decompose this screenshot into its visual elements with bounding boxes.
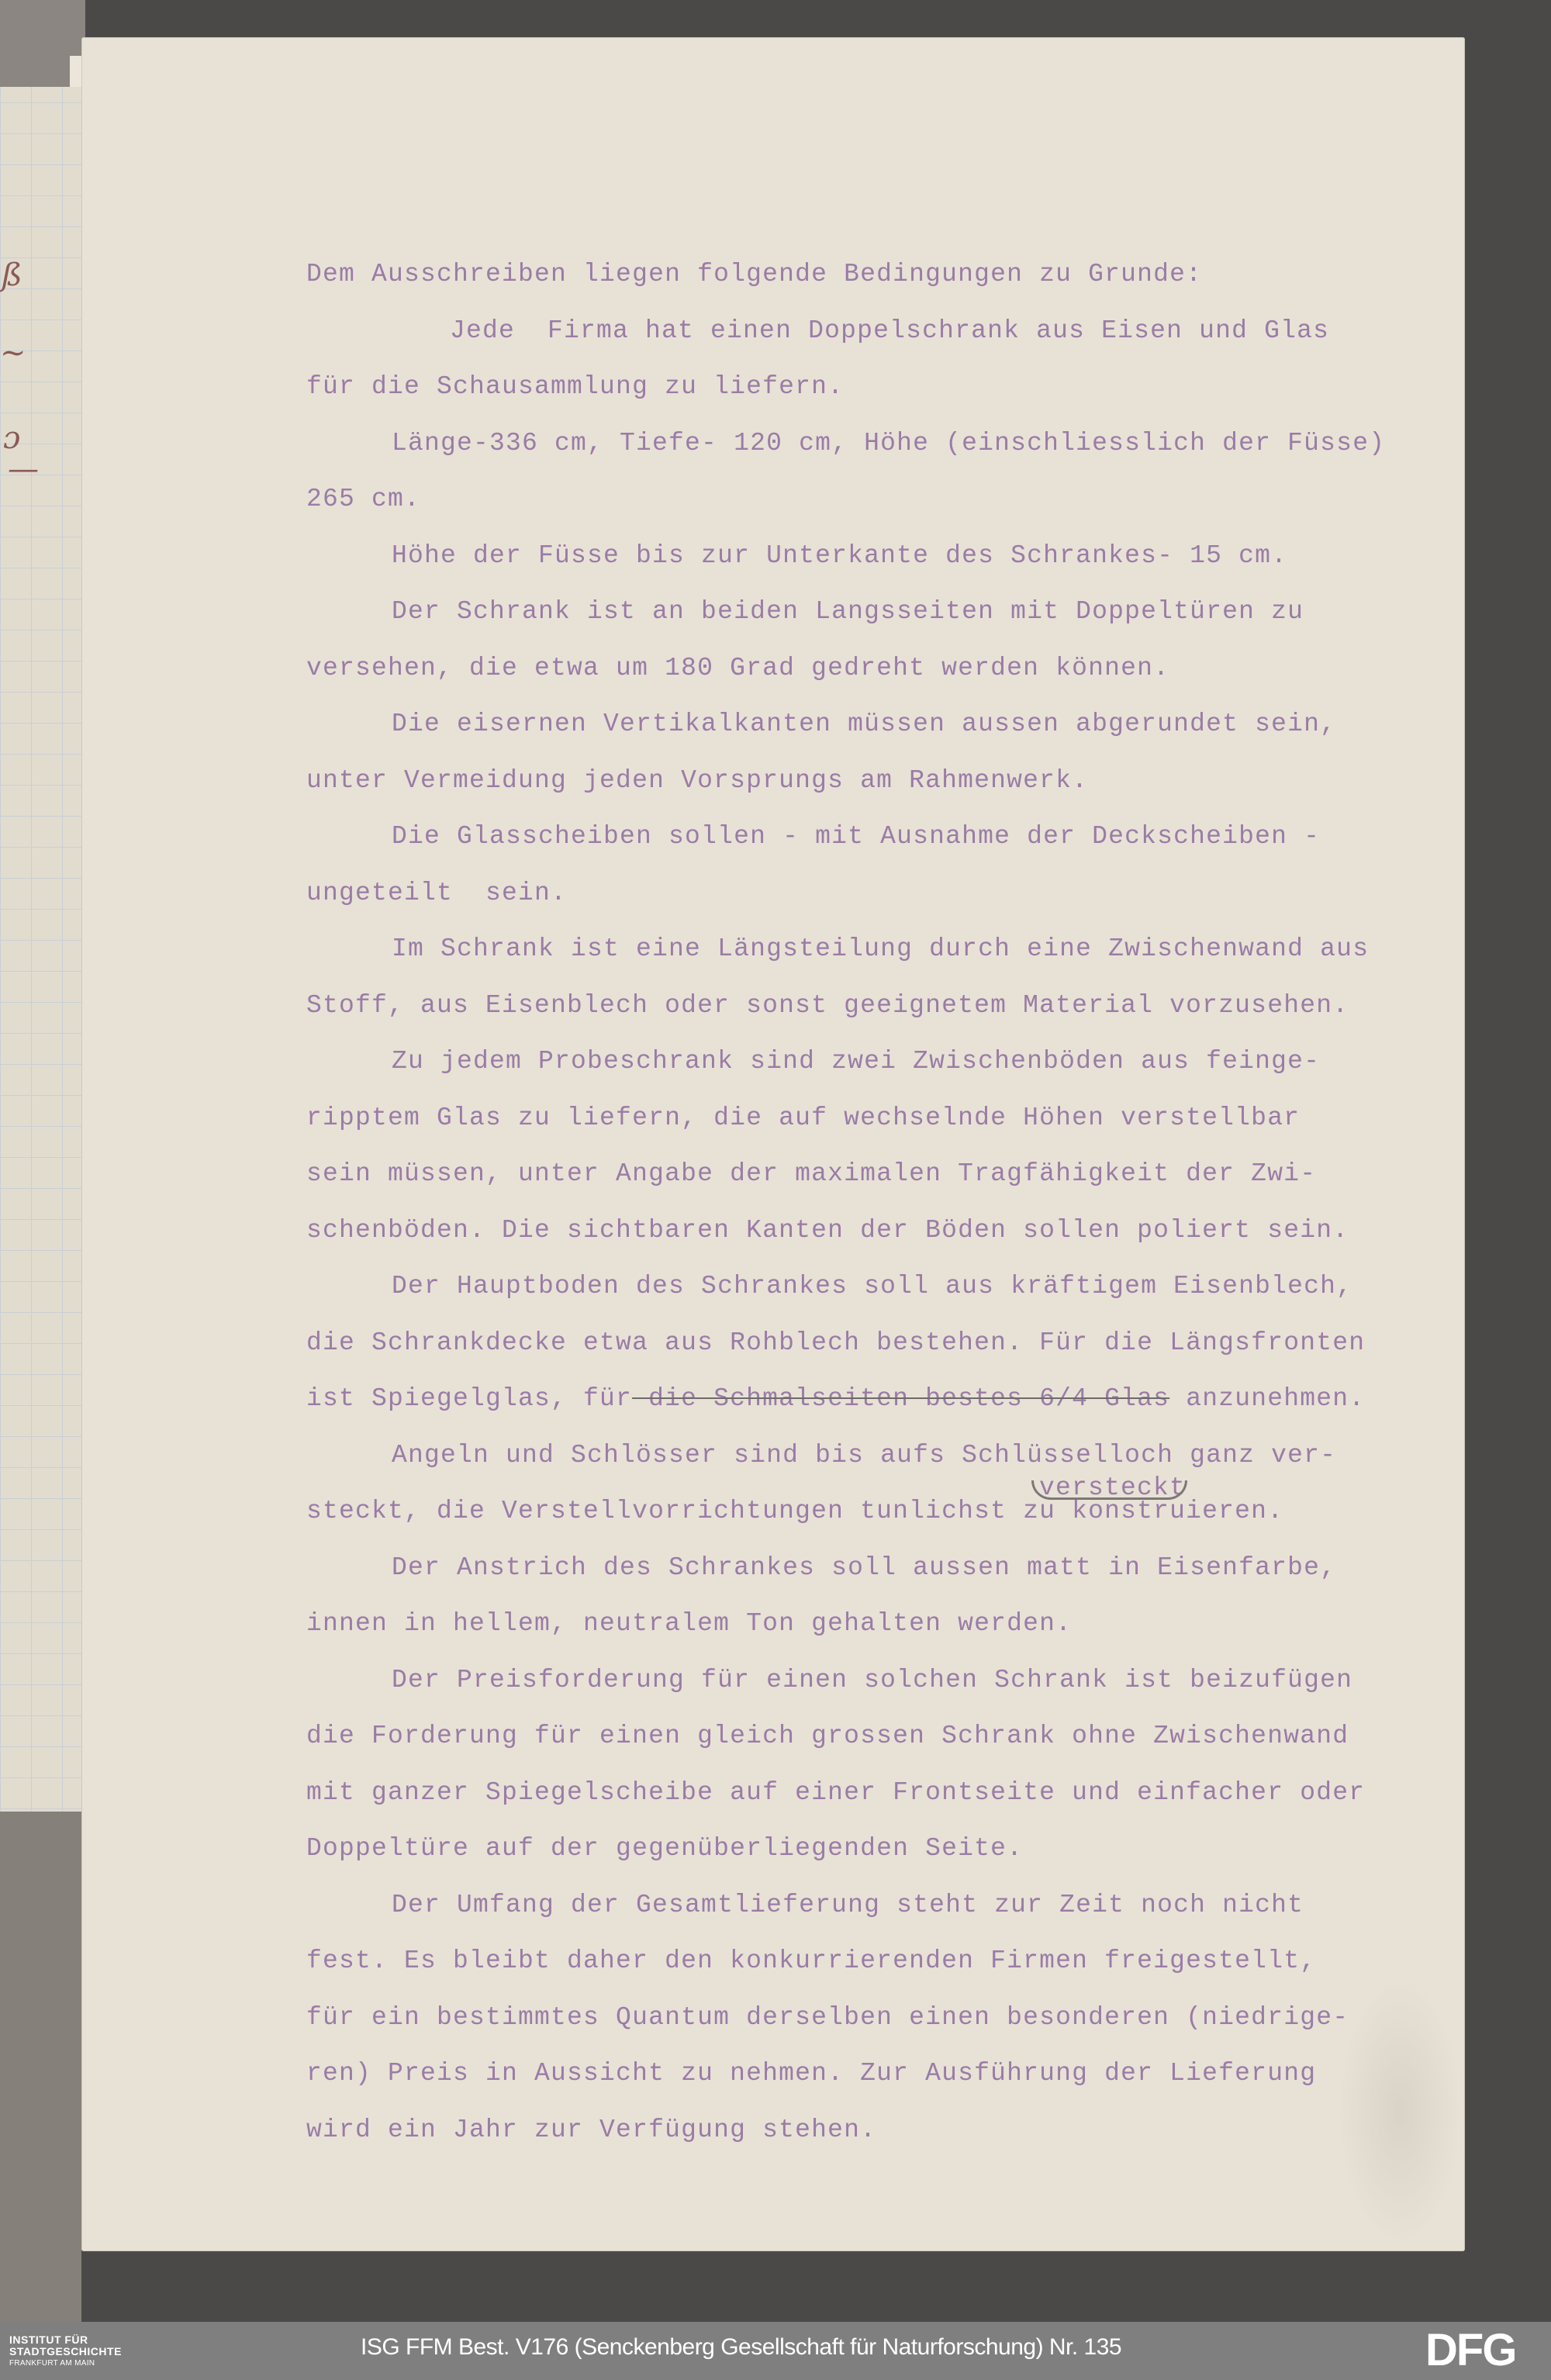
line-text: Die eisernen Vertikalkanten müssen ausse… xyxy=(392,710,1336,738)
line-text: Dem Ausschreiben liegen folgende Bedingu… xyxy=(306,260,1202,288)
institution-name-line1: INSTITUT FÜR xyxy=(9,2334,122,2346)
underlying-graph-paper-sheet: ß ~ ɔ — xyxy=(0,87,81,1812)
document-line: innen in hellem, neutralem Ton gehalten … xyxy=(306,1596,1454,1653)
line-text: Der Umfang der Gesamtlieferung steht zur… xyxy=(392,1891,1304,1919)
line-text: Stoff, aus Eisenblech oder sonst geeigne… xyxy=(306,991,1349,1020)
document-line: Der Preisforderung für einen solchen Sch… xyxy=(306,1653,1454,1709)
document-line: Dem Ausschreiben liegen folgende Bedingu… xyxy=(306,247,1454,303)
document-line: ist Spiegelglas, für die Schmalseiten be… xyxy=(306,1371,1454,1428)
line-text: Jede Firma hat einen Doppelschrank aus E… xyxy=(450,316,1329,345)
document-line: Jede Firma hat einen Doppelschrank aus E… xyxy=(306,303,1454,360)
document-line: die Forderung für einen gleich grossen S… xyxy=(306,1708,1454,1765)
line-text: sein müssen, unter Angabe der maximalen … xyxy=(306,1159,1316,1188)
archive-reference-caption: ISG FFM Best. V176 (Senckenberg Gesellsc… xyxy=(361,2334,1121,2361)
archive-footer-bar: INSTITUT FÜR STADTGESCHICHTE FRANKFURT A… xyxy=(0,2322,1551,2380)
document-line: Der Schrank ist an beiden Langsseiten mi… xyxy=(306,584,1454,641)
document-line: ripptem Glas zu liefern, die auf wechsel… xyxy=(306,1090,1454,1147)
line-text: Angeln und Schlösser sind bis aufs Schlü… xyxy=(392,1441,1336,1470)
document-line: für ein bestimmtes Quantum derselben ein… xyxy=(306,1990,1454,2047)
line-text: fest. Es bleibt daher den konkurrierende… xyxy=(306,1946,1316,1975)
margin-handwriting-mark: — xyxy=(8,451,39,487)
line-text: Der Schrank ist an beiden Langsseiten mi… xyxy=(392,597,1304,626)
line-text: für ein bestimmtes Quantum derselben ein… xyxy=(306,2003,1349,2032)
dfg-logo: DFG xyxy=(1425,2324,1515,2376)
line-text: unter Vermeidung jeden Vorsprungs am Rah… xyxy=(306,766,1088,795)
document-line: Stoff, aus Eisenblech oder sonst geeigne… xyxy=(306,978,1454,1035)
document-line: Zu jedem Probeschrank sind zwei Zwischen… xyxy=(306,1034,1454,1090)
line-text: ungeteilt sein. xyxy=(306,879,567,907)
line-text: ripptem Glas zu liefern, die auf wechsel… xyxy=(306,1104,1300,1132)
line-text: 265 cm. xyxy=(306,485,420,513)
insertion-brace-mark xyxy=(1031,1480,1187,1500)
line-text: die Forderung für einen gleich grossen S… xyxy=(306,1722,1349,1750)
line-text: Länge-336 cm, Tiefe- 120 cm, Höhe (einsc… xyxy=(392,429,1385,458)
document-line: Die eisernen Vertikalkanten müssen ausse… xyxy=(306,696,1454,753)
document-line: Der Anstrich des Schrankes soll aussen m… xyxy=(306,1540,1454,1597)
document-line: versehen, die etwa um 180 Grad gedreht w… xyxy=(306,641,1454,697)
line-text: Der Anstrich des Schrankes soll aussen m… xyxy=(392,1553,1336,1582)
document-line: steckt, die Verstellvorrichtungen tunlic… xyxy=(306,1484,1454,1540)
document-line: schenböden. Die sichtbaren Kanten der Bö… xyxy=(306,1203,1454,1259)
line-text: Die Glasscheiben sollen - mit Ausnahme d… xyxy=(392,822,1320,851)
struck-through-text: die Schmalseiten bestes 6/4 Glas xyxy=(632,1384,1169,1413)
line-text: Höhe der Füsse bis zur Unterkante des Sc… xyxy=(392,541,1287,570)
margin-handwriting-mark: ß xyxy=(2,257,22,293)
institution-name-line2: STADTGESCHICHTE xyxy=(9,2346,122,2358)
line-text: Der Preisforderung für einen solchen Sch… xyxy=(392,1666,1352,1694)
document-line: ren) Preis in Aussicht zu nehmen. Zur Au… xyxy=(306,2046,1454,2102)
document-line: sein müssen, unter Angabe der maximalen … xyxy=(306,1146,1454,1203)
line-text: mit ganzer Spiegelscheibe auf einer Fron… xyxy=(306,1778,1365,1807)
line-text: Im Schrank ist eine Längsteilung durch e… xyxy=(392,934,1369,963)
line-text: ist Spiegelglas, für xyxy=(306,1384,632,1413)
document-line: Der Umfang der Gesamtlieferung steht zur… xyxy=(306,1877,1454,1934)
margin-handwriting-mark: ~ xyxy=(0,335,26,371)
document-line: Der Hauptboden des Schrankes soll aus kr… xyxy=(306,1259,1454,1315)
document-line: fest. Es bleibt daher den konkurrierende… xyxy=(306,1933,1454,1990)
document-line: die Schrankdecke etwa aus Rohblech beste… xyxy=(306,1315,1454,1372)
line-text: innen in hellem, neutralem Ton gehalten … xyxy=(306,1609,1072,1638)
document-line: Doppeltüre auf der gegenüberliegenden Se… xyxy=(306,1821,1454,1877)
document-line: Im Schrank ist eine Längsteilung durch e… xyxy=(306,921,1454,978)
line-text: die Schrankdecke etwa aus Rohblech beste… xyxy=(306,1328,1365,1357)
line-text: anzunehmen. xyxy=(1169,1384,1365,1413)
document-line: mit ganzer Spiegelscheibe auf einer Fron… xyxy=(306,1765,1454,1822)
document-line: Angeln und Schlösser sind bis aufs Schlü… xyxy=(306,1428,1454,1484)
document-line: ungeteilt sein. xyxy=(306,865,1454,922)
line-text: wird ein Jahr zur Verfügung stehen. xyxy=(306,2116,876,2144)
document-line: wird ein Jahr zur Verfügung stehen. xyxy=(306,2102,1454,2159)
line-text: Doppeltüre auf der gegenüberliegenden Se… xyxy=(306,1834,1023,1863)
document-line: 265 cm. xyxy=(306,472,1454,528)
institution-logo: INSTITUT FÜR STADTGESCHICHTE FRANKFURT A… xyxy=(9,2334,122,2369)
line-text: für die Schausammlung zu liefern. xyxy=(306,372,844,401)
binding-cloth-bottom xyxy=(0,1812,81,2323)
institution-city: FRANKFURT AM MAIN xyxy=(9,2358,122,2369)
typed-text-body: Dem Ausschreiben liegen folgende Bedingu… xyxy=(306,247,1454,2158)
document-line: Länge-336 cm, Tiefe- 120 cm, Höhe (einsc… xyxy=(306,416,1454,472)
line-text: Zu jedem Probeschrank sind zwei Zwischen… xyxy=(392,1047,1320,1076)
document-line: unter Vermeidung jeden Vorsprungs am Rah… xyxy=(306,753,1454,810)
line-text: ren) Preis in Aussicht zu nehmen. Zur Au… xyxy=(306,2059,1316,2088)
line-text: Der Hauptboden des Schrankes soll aus kr… xyxy=(392,1272,1352,1301)
document-line: für die Schausammlung zu liefern. xyxy=(306,359,1454,416)
line-text: schenböden. Die sichtbaren Kanten der Bö… xyxy=(306,1216,1349,1245)
line-text: versehen, die etwa um 180 Grad gedreht w… xyxy=(306,654,1169,682)
document-line: Die Glasscheiben sollen - mit Ausnahme d… xyxy=(306,809,1454,865)
document-line: Höhe der Füsse bis zur Unterkante des Sc… xyxy=(306,528,1454,585)
